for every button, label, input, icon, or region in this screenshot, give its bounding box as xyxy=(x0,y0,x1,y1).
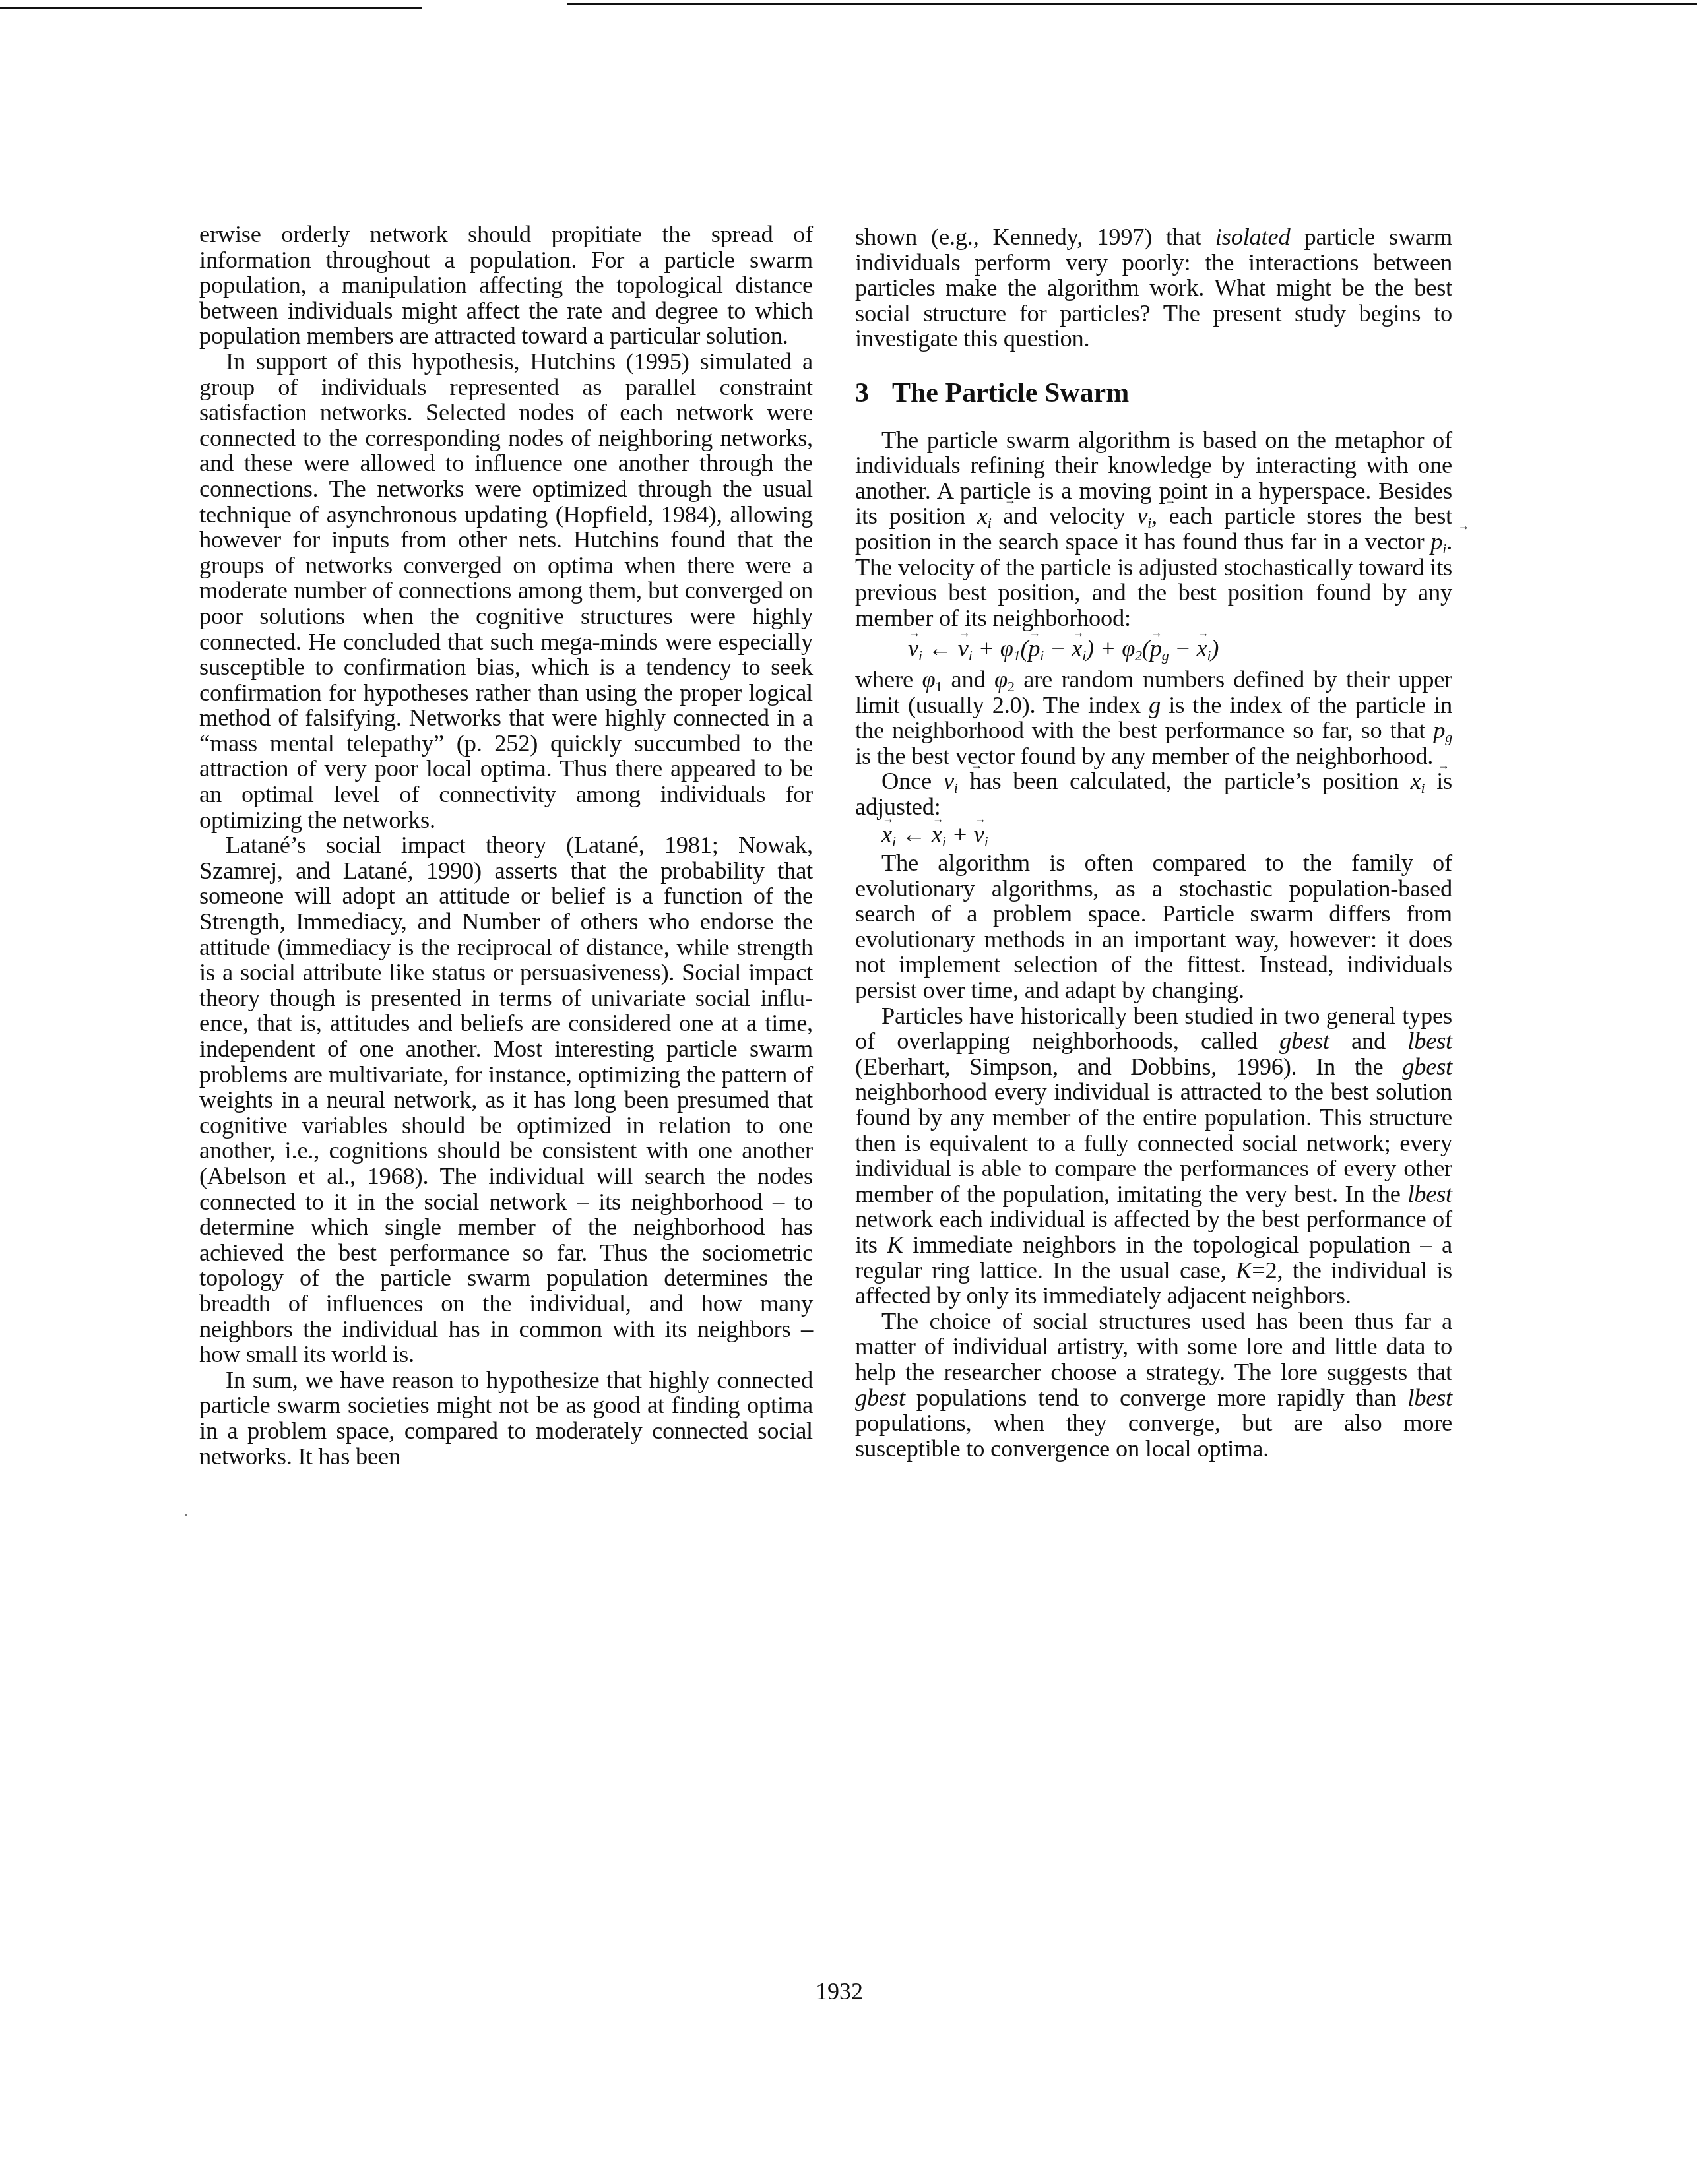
velocity-update-equation: vi ← vi + φ1(pi − xi) + φ2(pg − xi) xyxy=(908,636,1452,662)
paragraph: In sum, we have reason to hypothesize th… xyxy=(199,1367,813,1469)
header-rule-left xyxy=(0,7,422,9)
left-column: erwise orderly network should propitiate… xyxy=(199,222,813,1469)
paragraph: In support of this hypothesis, Hutchins … xyxy=(199,349,813,832)
section-heading: 3The Particle Swarm xyxy=(855,381,1452,406)
paragraph: Latané’s social impact theory (Latané, 1… xyxy=(199,832,813,1367)
paragraph: Particles have historically been studied… xyxy=(855,1003,1452,1309)
right-column: shown (e.g., Kennedy, 1997) that isolate… xyxy=(855,224,1452,1461)
paragraph: The algorithm is often compared to the f… xyxy=(855,850,1452,1003)
margin-mark xyxy=(185,1514,187,1516)
paragraph: The particle swarm algorithm is based on… xyxy=(855,427,1452,631)
position-update-equation: xi ← xi + vi xyxy=(881,822,1452,848)
paragraph: Once vi has been calculated, the particl… xyxy=(855,768,1452,819)
section-number: 3 xyxy=(855,381,892,406)
paragraph: The choice of social structures used has… xyxy=(855,1309,1452,1462)
paragraph: erwise orderly network should propitiate… xyxy=(199,222,813,349)
page-number: 1932 xyxy=(816,1978,863,2005)
section-title: The Particle Swarm xyxy=(892,378,1129,408)
header-rule-right xyxy=(567,3,1697,5)
paragraph: shown (e.g., Kennedy, 1997) that isolate… xyxy=(855,224,1452,352)
